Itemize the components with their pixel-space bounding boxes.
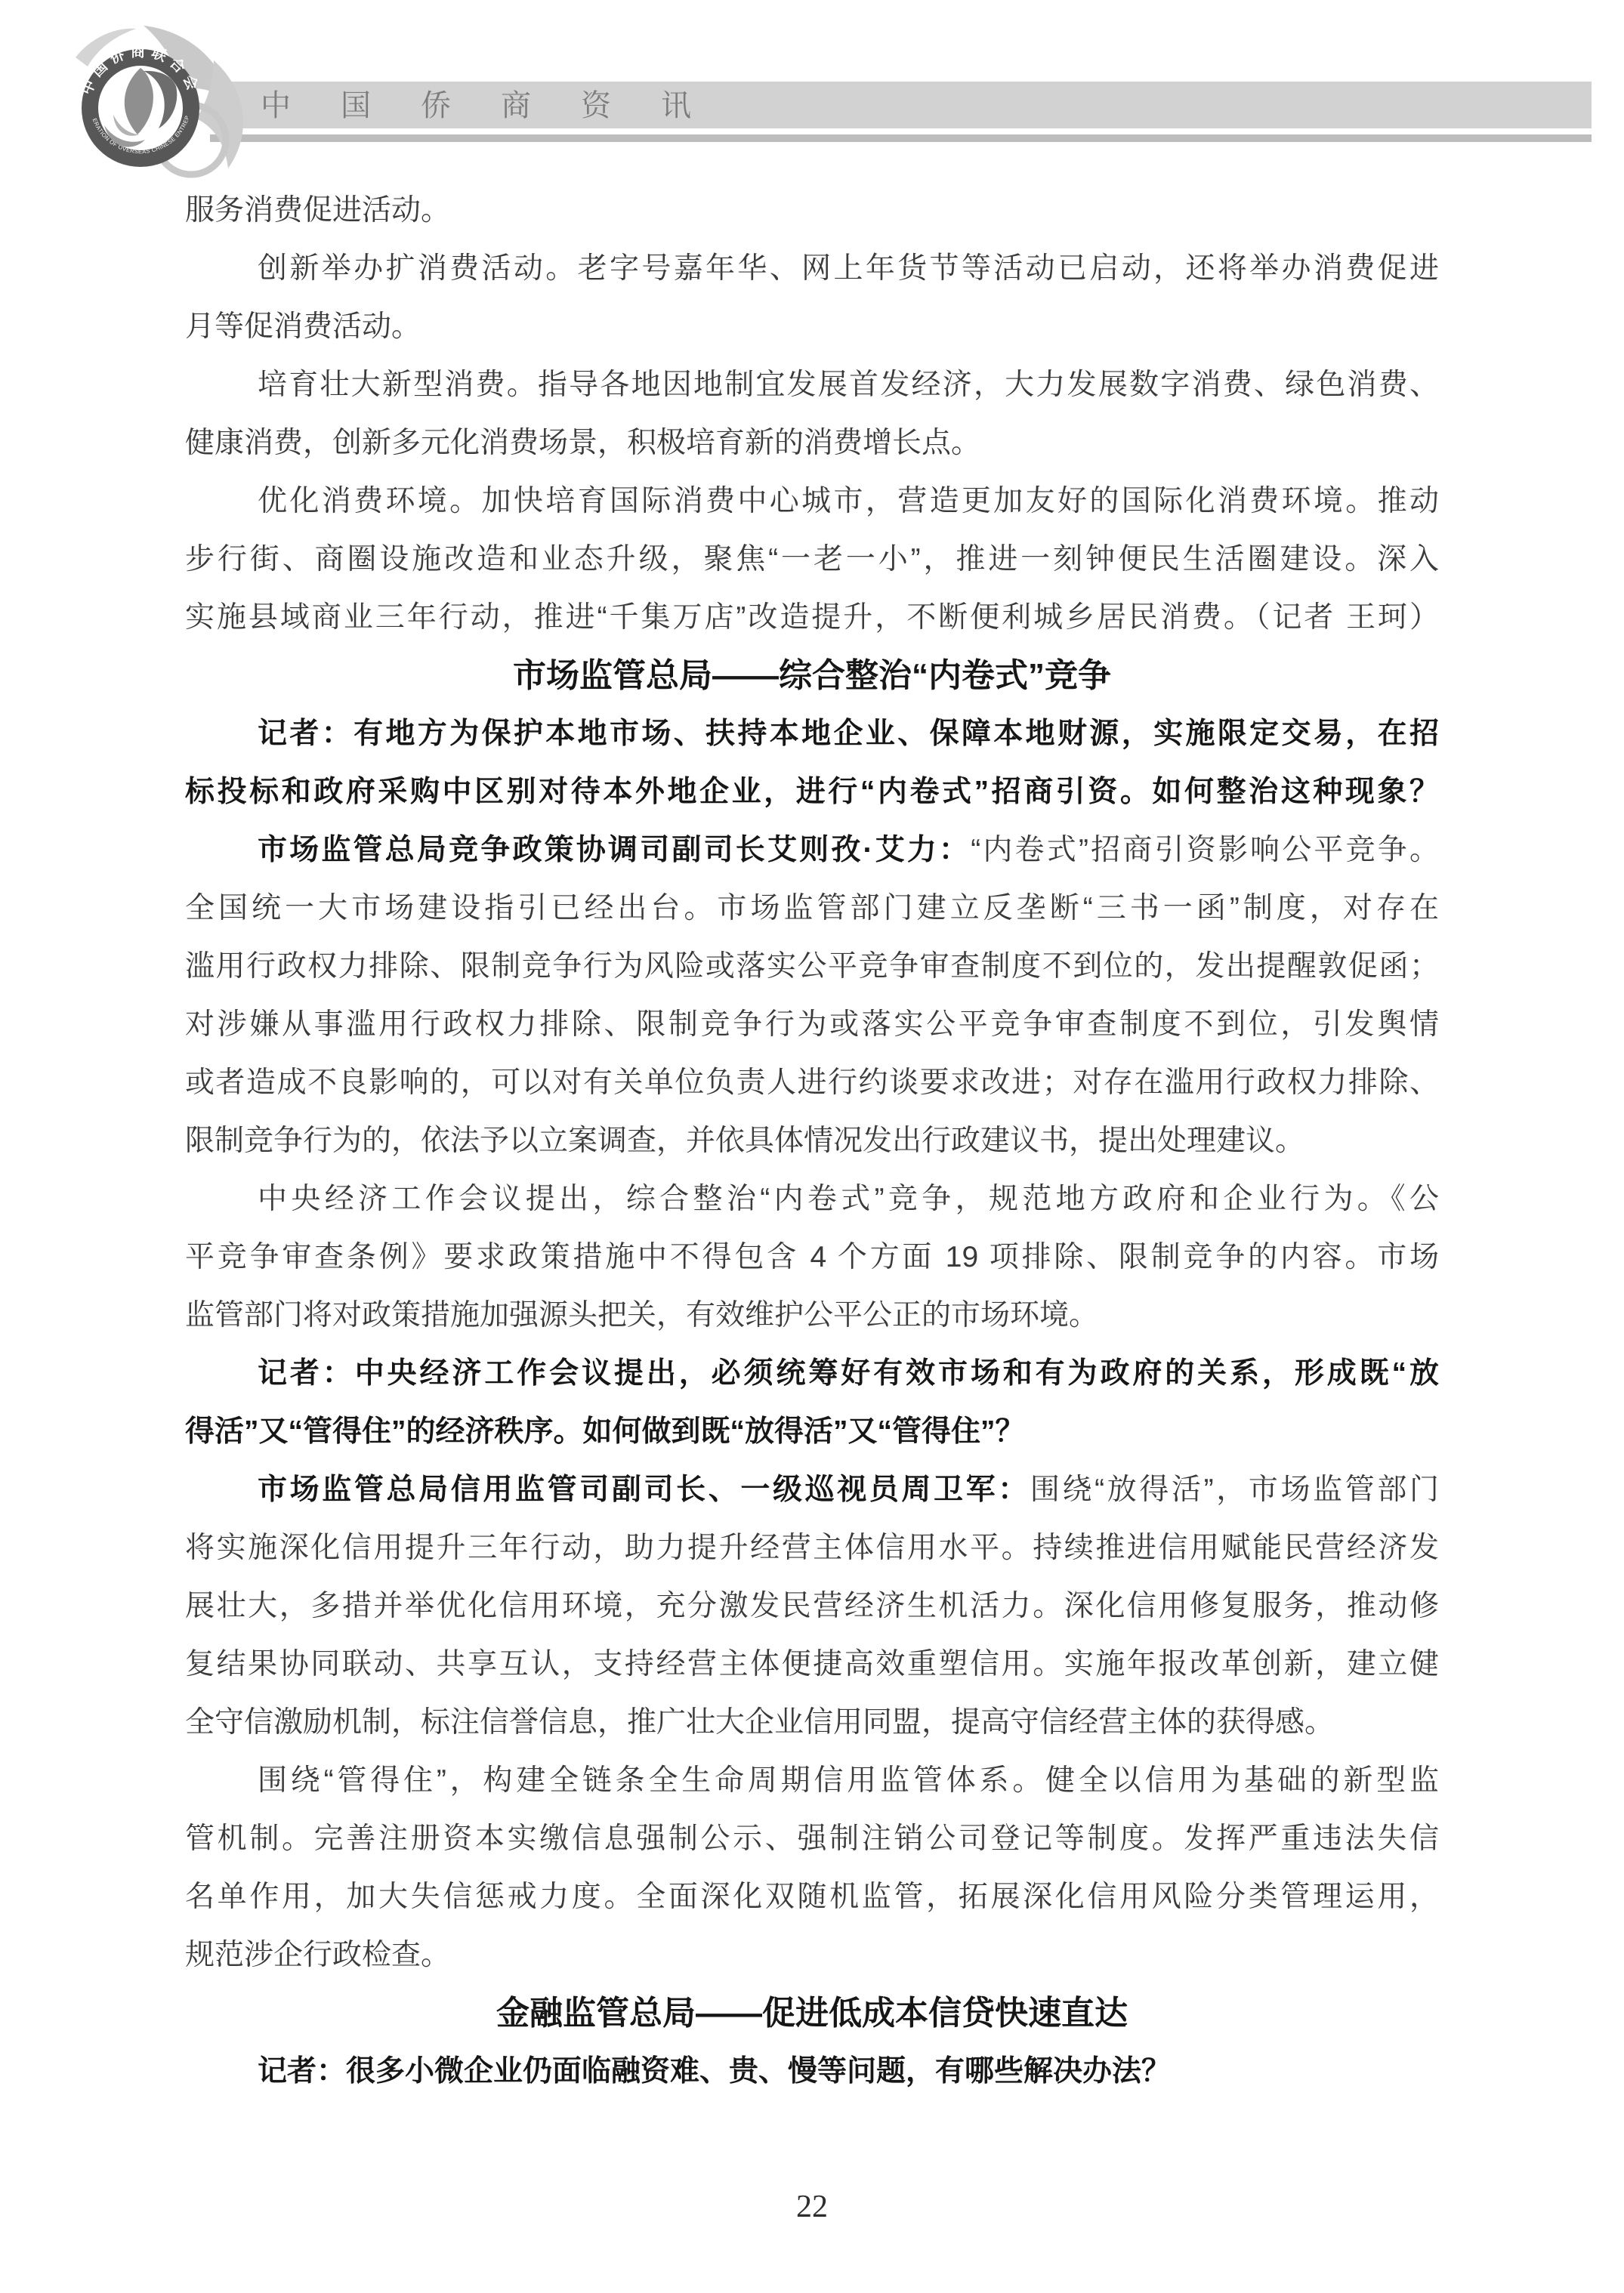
text-line: 记者：有地方为保护本地市场、扶持本地企业、保障本地财源，实施限定交易，在招 [185,705,1439,763]
federation-logo: 中国侨商联合会 CHINA FEDERATION OF OVERSEAS CHI… [30,14,272,202]
text-segment: 步行街、商圈设施改造和业态升级，聚焦“一老一小”，推进一刻钟便民生活圈建设。深入 [185,543,1439,576]
text-segment: 限制竞争行为的，依法予以立案调查，并依具体情况发出行政建议书，提出处理建议。 [185,1125,1304,1157]
text-line: 展壮大，多措并举优化信用环境，充分激发民营经济生机活力。深化信用修复服务，推动修 [185,1577,1439,1635]
text-line: 平竞争审查条例》要求政策措施中不得包含 4 个方面 19 项排除、限制竞争的内容… [185,1228,1439,1286]
text-line: 健康消费，创新多元化消费场景，积极培育新的消费增长点。 [185,414,1439,472]
text-segment: 名单作用，加大失信惩戒力度。全面深化双随机监管，拓展深化信用风险分类管理运用， [185,1881,1439,1913]
text-line: 或者造成不良影响的，可以对有关单位负责人进行约谈要求改进；对存在滥用行政权力排除… [185,1054,1439,1112]
text-line: 滥用行政权力排除、限制竞争行为风险或落实公平竞争审查制度不到位的，发出提醒敦促函… [185,937,1439,995]
text-segment: 或者造成不良影响的，可以对有关单位负责人进行约谈要求改进；对存在滥用行政权力排除… [185,1066,1439,1099]
text-segment: “内卷式”招商引资影响公平竞争。 [971,834,1439,866]
text-line: 全守信激励机制，标注信誉信息，推广壮大企业信用同盟，提高守信经营主体的获得感。 [185,1693,1439,1751]
text-segment: 平竞争审查条例》要求政策措施中不得包含 4 个方面 19 项排除、限制竞争的内容… [185,1241,1439,1273]
federation-logo-graphic: 中国侨商联合会 CHINA FEDERATION OF OVERSEAS CHI… [30,14,272,202]
text-segment: 实施县域商业三年行动，推进“千集万店”改造提升，不断便利城乡居民消费。（记者 王… [185,601,1439,634]
text-line: 名单作用，加大失信惩戒力度。全面深化双随机监管，拓展深化信用风险分类管理运用， [185,1868,1439,1926]
bold-text-segment: 市场监管总局信用监管司副司长、一级巡视员周卫军： [258,1474,1030,1506]
text-line: 实施县域商业三年行动，推进“千集万店”改造提升，不断便利城乡居民消费。（记者 王… [185,588,1439,647]
text-line: 围绕“管得住”，构建全链条全生命周期信用监管体系。健全以信用为基础的新型监 [185,1751,1439,1810]
text-line: 优化消费环境。加快培育国际消费中心城市，营造更加友好的国际化消费环境。推动 [185,472,1439,530]
bold-text-segment: 记者：有地方为保护本地市场、扶持本地企业、保障本地财源，实施限定交易，在招 [258,718,1439,750]
text-segment: 对涉嫌从事滥用行政权力排除、限制竞争行为或落实公平竞争审查制度不到位，引发舆情 [185,1008,1439,1041]
text-line: 得活”又“管得住”的经济秩序。如何做到既“放得活”又“管得住”？ [185,1403,1439,1461]
text-segment: 创新举办扩消费活动。老字号嘉年华、网上年货节等活动已启动，还将举办消费促进 [258,252,1439,285]
text-segment: 培育壮大新型消费。指导各地因地制宜发展首发经济，大力发展数字消费、绿色消费、 [258,369,1439,401]
text-line: 市场监管总局信用监管司副司长、一级巡视员周卫军：围绕“放得活”，市场监管部门 [185,1461,1439,1519]
text-line: 限制竞争行为的，依法予以立案调查，并依具体情况发出行政建议书，提出处理建议。 [185,1112,1439,1170]
bold-text-segment: 市场监管总局——综合整治“内卷式”竞争 [513,657,1111,694]
text-segment: 优化消费环境。加快培育国际消费中心城市，营造更加友好的国际化消费环境。推动 [258,485,1439,517]
bold-text-segment: 市场监管总局竞争政策协调司副司长艾则孜·艾力： [258,834,971,866]
text-line: 对涉嫌从事滥用行政权力排除、限制竞争行为或落实公平竞争审查制度不到位，引发舆情 [185,995,1439,1054]
bold-text-segment: 记者：中央经济工作会议提出，必须统筹好有效市场和有为政府的关系，形成既“放 [258,1357,1439,1390]
text-line: 月等促消费活动。 [185,298,1439,356]
text-line: 全国统一大市场建设指引已经出台。市场监管部门建立反垄断“三书一函”制度，对存在 [185,879,1439,937]
text-line: 记者：中央经济工作会议提出，必须统筹好有效市场和有为政府的关系，形成既“放 [185,1344,1439,1403]
header-title: 中国侨商资讯 [261,82,741,128]
article-body: 服务消费促进活动。创新举办扩消费活动。老字号嘉年华、网上年货节等活动已启动，还将… [185,181,1439,2100]
text-segment: 管机制。完善注册资本实缴信息强制公示、强制注销公司登记等制度。发挥严重违法失信 [185,1822,1439,1855]
section-heading: 市场监管总局——综合整治“内卷式”竞争 [185,647,1439,705]
text-segment: 月等促消费活动。 [185,310,421,343]
text-line: 培育壮大新型消费。指导各地因地制宜发展首发经济，大力发展数字消费、绿色消费、 [185,356,1439,414]
bold-text-segment: 得活”又“管得住”的经济秩序。如何做到既“放得活”又“管得住”？ [185,1415,1025,1448]
text-line: 中央经济工作会议提出，综合整治“内卷式”竞争，规范地方政府和企业行为。《公 [185,1170,1439,1228]
bold-text-segment: 金融监管总局——促进低成本信贷快速直达 [496,1995,1128,2032]
page-number: 22 [0,2189,1624,2225]
text-line: 监管部门将对政策措施加强源头把关，有效维护公平公正的市场环境。 [185,1286,1439,1344]
text-segment: 将实施深化信用提升三年行动，助力提升经营主体信用水平。持续推进信用赋能民营经济发 [185,1532,1439,1564]
text-segment: 复结果协同联动、共享互认，支持经营主体便捷高效重塑信用。实施年报改革创新，建立健 [185,1648,1439,1680]
text-line: 管机制。完善注册资本实缴信息强制公示、强制注销公司登记等制度。发挥严重违法失信 [185,1810,1439,1868]
text-segment: 规范涉企行政检查。 [185,1939,450,1971]
bold-text-segment: 记者：很多小微企业仍面临融资难、贵、慢等问题，有哪些解决办法？ [258,2055,1171,2088]
text-line: 规范涉企行政检查。 [185,1926,1439,1984]
text-line: 创新举办扩消费活动。老字号嘉年华、网上年货节等活动已启动，还将举办消费促进 [185,239,1439,298]
text-segment: 围绕“管得住”，构建全链条全生命周期信用监管体系。健全以信用为基础的新型监 [258,1764,1439,1797]
text-line: 记者：很多小微企业仍面临融资难、贵、慢等问题，有哪些解决办法？ [185,2042,1439,2100]
text-segment: 展壮大，多措并举优化信用环境，充分激发民营经济生机活力。深化信用修复服务，推动修 [185,1590,1439,1622]
text-segment: 监管部门将对政策措施加强源头把关，有效维护公平公正的市场环境。 [185,1299,1098,1332]
text-segment: 全守信激励机制，标注信誉信息，推广壮大企业信用同盟，提高守信经营主体的获得感。 [185,1706,1334,1739]
header-band: 中国侨商资讯 [210,82,1592,128]
text-segment: 围绕“放得活”，市场监管部门 [1030,1474,1439,1506]
text-segment: 滥用行政权力排除、限制竞争行为风险或落实公平竞争审查制度不到位的，发出提醒敦促函… [185,950,1439,983]
text-segment: 健康消费，创新多元化消费场景，积极培育新的消费增长点。 [185,427,980,459]
header-band-underline [210,134,1592,142]
text-line: 市场监管总局竞争政策协调司副司长艾则孜·艾力：“内卷式”招商引资影响公平竞争。 [185,821,1439,879]
text-line: 标投标和政府采购中区别对待本外地企业，进行“内卷式”招商引资。如何整治这种现象？ [185,763,1439,821]
bold-text-segment: 标投标和政府采购中区别对待本外地企业，进行“内卷式”招商引资。如何整治这种现象？ [185,776,1439,808]
text-line: 服务消费促进活动。 [185,181,1439,239]
text-segment: 全国统一大市场建设指引已经出台。市场监管部门建立反垄断“三书一函”制度，对存在 [185,892,1439,924]
text-segment: 中央经济工作会议提出，综合整治“内卷式”竞争，规范地方政府和企业行为。《公 [258,1183,1439,1215]
section-heading: 金融监管总局——促进低成本信贷快速直达 [185,1984,1439,2042]
text-segment: 服务消费促进活动。 [185,194,450,227]
text-line: 将实施深化信用提升三年行动，助力提升经营主体信用水平。持续推进信用赋能民营经济发 [185,1519,1439,1577]
text-line: 步行街、商圈设施改造和业态升级，聚焦“一老一小”，推进一刻钟便民生活圈建设。深入 [185,530,1439,588]
text-line: 复结果协同联动、共享互认，支持经营主体便捷高效重塑信用。实施年报改革创新，建立健 [185,1635,1439,1693]
magazine-page: 中国侨商资讯 中国侨商联合会 [0,0,1624,2293]
